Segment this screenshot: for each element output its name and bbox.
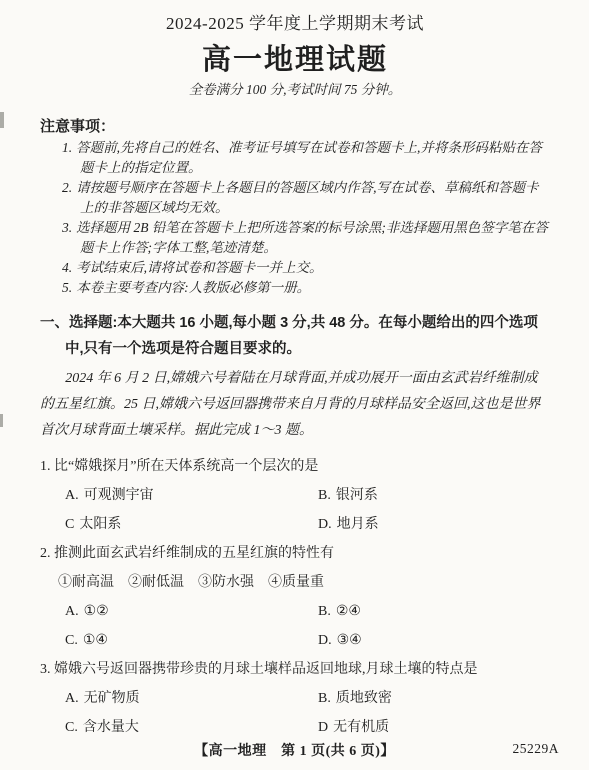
notice-item-number: 5.	[62, 280, 72, 295]
notice-item-text: 答题前,先将自己的姓名、准考证号填写在试卷和答题卡上,并将条形码粘贴在答题卡上的…	[76, 140, 542, 175]
notice-section: 注意事项： 1.答题前,先将自己的姓名、准考证号填写在试卷和答题卡上,并将条形码…	[40, 116, 550, 298]
option-b: B.银河系	[318, 481, 550, 510]
questions-section: 1. 比“嫦娥探月”所在天体系统高一个层次的是 A.可观测宇宙 B.银河系 C太…	[40, 452, 550, 742]
scan-smudge	[0, 414, 3, 427]
notice-item-text: 请按题号顺序在答题卡上各题目的答题区域内作答,写在试卷、草稿纸和答题卡上的非答题…	[76, 180, 538, 215]
option-b: B.②④	[318, 597, 550, 626]
option-d: D无有机质	[318, 713, 550, 742]
exam-header: 2024-2025 学年度上学期期末考试 高一地理试题 全卷满分 100 分,考…	[40, 12, 550, 100]
option-a: A.可观测宇宙	[40, 481, 318, 510]
option-d: D.地月系	[318, 510, 550, 539]
option-text: ③④	[337, 633, 362, 648]
option-text: ①②	[84, 604, 109, 619]
option-c: C.含水量大	[40, 713, 318, 742]
option-label: A.	[65, 691, 79, 706]
notice-item: 2.请按题号顺序在答题卡上各题目的答题区域内作答,写在试卷、草稿纸和答题卡上的非…	[40, 178, 550, 218]
option-label: D.	[318, 517, 332, 532]
option-label: A.	[65, 604, 79, 619]
notice-item-text: 本卷主要考查内容:人教版必修第一册。	[76, 280, 310, 295]
notice-item: 5.本卷主要考查内容:人教版必修第一册。	[40, 278, 550, 298]
notice-item: 4.考试结束后,请将试卷和答题卡一并上交。	[40, 258, 550, 278]
paper-code: 25229A	[513, 741, 560, 757]
option-c: C太阳系	[40, 510, 318, 539]
question-stem: 2. 推测此面玄武岩纤维制成的五星红旗的特性有	[40, 539, 550, 568]
notice-item-number: 4.	[62, 260, 72, 275]
option-label: A.	[65, 488, 79, 503]
option-label: C.	[65, 633, 78, 648]
scan-smudge	[0, 112, 4, 128]
option-label: C.	[65, 720, 78, 735]
notice-heading: 注意事项：	[40, 116, 550, 138]
passage-text: 2024 年 6 月 2 日,嫦娥六号着陆在月球背面,并成功展开一面由玄武岩纤维…	[40, 366, 550, 444]
notice-item-number: 1.	[62, 140, 72, 155]
exam-title: 高一地理试题	[40, 42, 550, 78]
exam-paper-page: 2024-2025 学年度上学期期末考试 高一地理试题 全卷满分 100 分,考…	[0, 0, 589, 770]
option-text: ①④	[83, 633, 108, 648]
question-2: 2. 推测此面玄武岩纤维制成的五星红旗的特性有 ①耐高温 ②耐低温 ③防水强 ④…	[40, 539, 550, 655]
option-label: B.	[318, 604, 331, 619]
option-label: B.	[318, 488, 331, 503]
exam-subtitle: 全卷满分 100 分,考试时间 75 分钟。	[40, 80, 550, 100]
option-a: A.无矿物质	[40, 684, 318, 713]
option-text: 含水量大	[83, 720, 139, 735]
section-heading: 一、选择题:本大题共 16 小题,每小题 3 分,共 48 分。在每小题给出的四…	[40, 310, 550, 362]
option-row: C.含水量大 D无有机质	[40, 713, 550, 742]
option-b: B.质地致密	[318, 684, 550, 713]
question-3: 3. 嫦娥六号返回器携带珍贵的月球土壤样品返回地球,月球土壤的特点是 A.无矿物…	[40, 655, 550, 742]
page-footer: 【高一地理 第 1 页(共 6 页)】 25229A	[0, 740, 589, 760]
notice-item-text: 选择题用 2B 铅笔在答题卡上把所选答案的标号涂黑;非选择题用黑色签字笔在答题卡…	[76, 220, 548, 255]
option-row: C太阳系 D.地月系	[40, 510, 550, 539]
option-text: 银河系	[336, 488, 378, 503]
option-row: A.①② B.②④	[40, 597, 550, 626]
option-row: A.可观测宇宙 B.银河系	[40, 481, 550, 510]
option-text: 无矿物质	[84, 691, 140, 706]
option-d: D.③④	[318, 626, 550, 655]
option-label: C	[65, 517, 74, 532]
option-a: A.①②	[40, 597, 318, 626]
exam-session-line: 2024-2025 学年度上学期期末考试	[40, 12, 550, 36]
question-stem: 1. 比“嫦娥探月”所在天体系统高一个层次的是	[40, 452, 550, 481]
question-sub-items: ①耐高温 ②耐低温 ③防水强 ④质量重	[40, 568, 550, 597]
option-row: A.无矿物质 B.质地致密	[40, 684, 550, 713]
notice-item-number: 3.	[62, 220, 72, 235]
option-text: 太阳系	[79, 517, 121, 532]
question-1: 1. 比“嫦娥探月”所在天体系统高一个层次的是 A.可观测宇宙 B.银河系 C太…	[40, 452, 550, 539]
notice-list: 1.答题前,先将自己的姓名、准考证号填写在试卷和答题卡上,并将条形码粘贴在答题卡…	[40, 138, 550, 298]
option-label: D.	[318, 633, 332, 648]
option-row: C.①④ D.③④	[40, 626, 550, 655]
option-text: ②④	[336, 604, 361, 619]
option-c: C.①④	[40, 626, 318, 655]
option-label: B.	[318, 691, 331, 706]
notice-item-text: 考试结束后,请将试卷和答题卡一并上交。	[76, 260, 322, 275]
notice-item-number: 2.	[62, 180, 72, 195]
footer-page-indicator: 【高一地理 第 1 页(共 6 页)】	[194, 744, 395, 759]
option-label: D	[318, 720, 328, 735]
option-text: 质地致密	[336, 691, 392, 706]
notice-item: 1.答题前,先将自己的姓名、准考证号填写在试卷和答题卡上,并将条形码粘贴在答题卡…	[40, 138, 550, 178]
option-text: 无有机质	[333, 720, 389, 735]
question-stem: 3. 嫦娥六号返回器携带珍贵的月球土壤样品返回地球,月球土壤的特点是	[40, 655, 550, 684]
option-text: 地月系	[337, 517, 379, 532]
notice-item: 3.选择题用 2B 铅笔在答题卡上把所选答案的标号涂黑;非选择题用黑色签字笔在答…	[40, 218, 550, 258]
option-text: 可观测宇宙	[84, 488, 154, 503]
